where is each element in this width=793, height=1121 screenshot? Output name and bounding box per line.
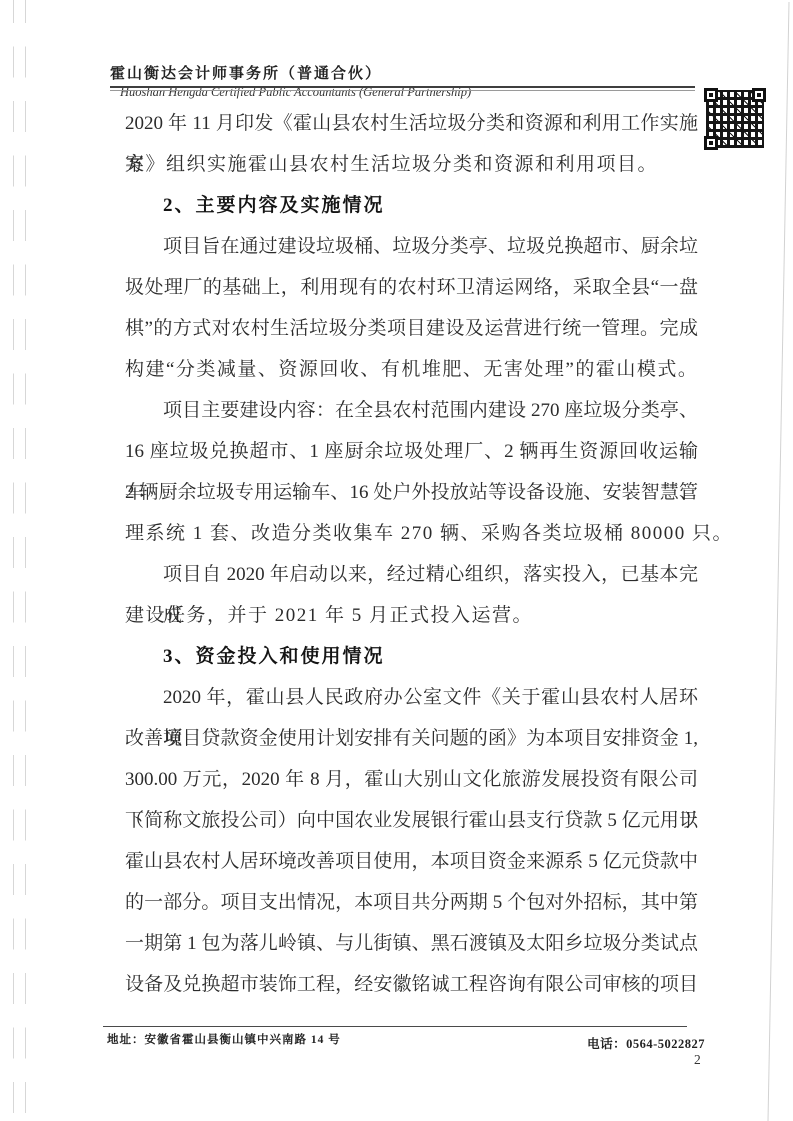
qr-finder-icon xyxy=(704,88,718,102)
document-body: 2020 年 11 月印发《霍山县农村生活垃圾分类和资源和利用工作实施方 案》组… xyxy=(125,103,698,1005)
document-line: 一期第 1 包为落儿岭镇、与儿街镇、黑石渡镇及太阳乡垃圾分类试点 xyxy=(125,923,698,964)
document-line: 圾处理厂的基础上，利用现有的农村环卫清运网络，采取全县“一盘 xyxy=(125,267,698,308)
document-line: 构建“分类减量、资源回收、有机堆肥、无害处理”的霍山模式。 xyxy=(125,349,698,390)
section-heading: 3、资金投入和使用情况 xyxy=(125,636,698,677)
footer-address: 地址：安徽省霍山县衡山镇中兴南路 14 号 xyxy=(107,1031,341,1047)
document-line: 棋”的方式对农村生活垃圾分类项目建设及运营进行统一管理。完成 xyxy=(125,308,698,349)
document-line: 霍山县农村人居环境改善项目使用，本项目资金来源系 5 亿元贷款中 xyxy=(125,841,698,882)
page-number: 2 xyxy=(694,1052,701,1068)
binding-hole-line xyxy=(25,0,26,1121)
binding-holes xyxy=(0,0,30,1121)
qr-finder-icon xyxy=(704,136,718,150)
document-line: 项目自 2020 年启动以来，经过精心组织，落实投入，已基本完成 xyxy=(125,554,698,595)
document-line: 下简称文旅投公司）向中国农业发展银行霍山县支行贷款 5 亿元用于 xyxy=(125,800,698,841)
document-line: 建设任务，并于 2021 年 5 月正式投入运营。 xyxy=(125,595,698,636)
document-line: 改善项目贷款资金使用计划安排有关问题的函》为本项目安排资金 1, xyxy=(125,718,698,759)
document-line: 2020 年 11 月印发《霍山县农村生活垃圾分类和资源和利用工作实施方 xyxy=(125,103,698,144)
document-line: 案》组织实施霍山县农村生活垃圾分类和资源和利用项目。 xyxy=(125,144,698,185)
firm-name-chinese: 霍山衡达会计师事务所（普通合伙） xyxy=(110,66,382,82)
binding-hole-line xyxy=(13,0,14,1121)
document-line: 16 座垃圾兑换超市、1 座厨余垃圾处理厂、2 辆再生资源回收运输车、 xyxy=(125,431,698,472)
document-line: 设备及兑换超市装饰工程，经安徽铭诚工程咨询有限公司审核的项目 xyxy=(125,964,698,1005)
qr-code xyxy=(702,86,768,152)
document-line: 项目旨在通过建设垃圾桶、垃圾分类亭、垃圾兑换超市、厨余垃 xyxy=(125,226,698,267)
scanned-document: { "header": { "firm_name_cn": "霍山衡达会计师事务… xyxy=(0,0,793,1121)
footer-phone: 电话：0564-5022827 xyxy=(587,1034,705,1052)
document-line: 理系统 1 套、改造分类收集车 270 辆、采购各类垃圾桶 80000 只。 xyxy=(125,513,698,554)
document-line: 的一部分。项目支出情况，本项目共分两期 5 个包对外招标，其中第 xyxy=(125,882,698,923)
document-line: 300.00 万元，2020 年 8 月，霍山大别山文化旅游发展投资有限公司（以 xyxy=(125,759,698,800)
document-line: 项目主要建设内容：在全县农村范围内建设 270 座垃圾分类亭、 xyxy=(125,390,698,431)
document-line: 2020 年，霍山县人民政府办公室文件《关于霍山县农村人居环境 xyxy=(125,677,698,718)
document-line: 2 辆厨余垃圾专用运输车、16 处户外投放站等设备设施、安装智慧管 xyxy=(125,472,698,513)
qr-finder-icon xyxy=(752,88,766,102)
section-heading: 2、主要内容及实施情况 xyxy=(125,185,698,226)
letterhead: 霍山衡达会计师事务所（普通合伙）Huoshan Hengda Certified… xyxy=(110,62,698,101)
header-rule xyxy=(110,86,695,91)
footer-rule xyxy=(103,1026,687,1027)
